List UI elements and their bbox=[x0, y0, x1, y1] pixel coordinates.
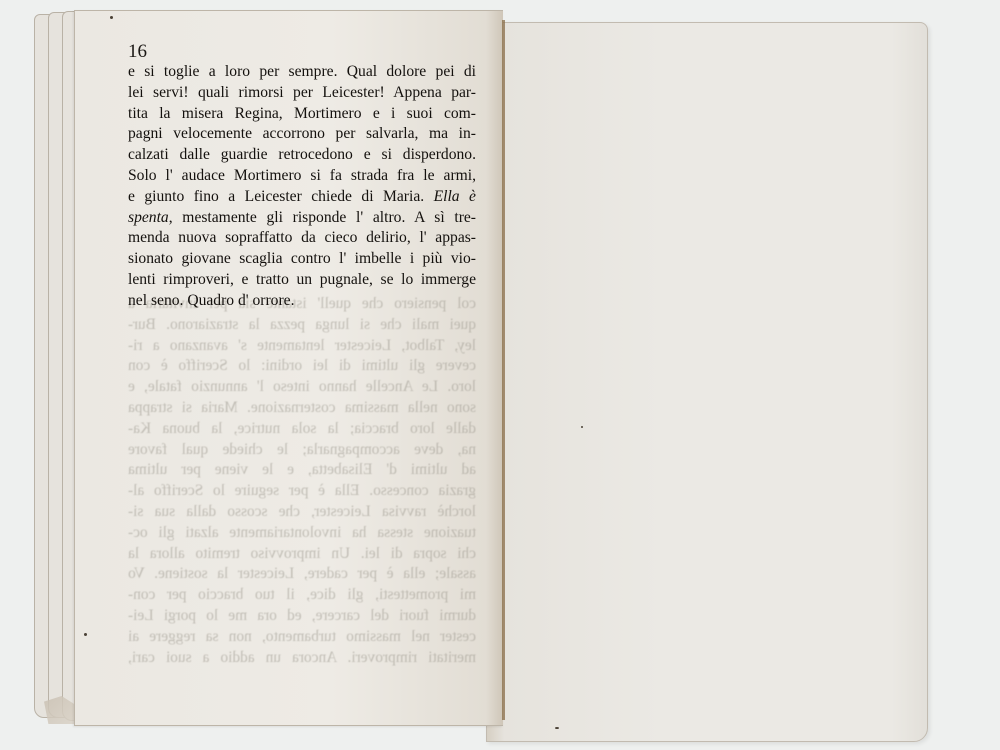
speck bbox=[581, 426, 583, 428]
bleed-line: grazia concesso. Ella è per seguire lo S… bbox=[128, 481, 476, 502]
right-page bbox=[486, 22, 928, 742]
bleed-line: mi promettesti, gli dice, il tuo braccio… bbox=[128, 585, 476, 606]
text-segment: , mestamente gli risponde l' altro. A sì… bbox=[169, 209, 476, 226]
bleed-line: assale; ella è per cadere, Leicester la … bbox=[128, 564, 476, 585]
book-spine bbox=[502, 20, 505, 720]
text-line: sionato giovane scaglia contro l' imbell… bbox=[128, 249, 476, 270]
speck bbox=[555, 727, 559, 729]
bleed-line: na, deve accompagnarla; le chiede qual f… bbox=[128, 440, 476, 461]
text-line: spenta, mestamente gli risponde l' altro… bbox=[128, 208, 476, 229]
bleed-line: tuazione stessa ha involontariamente alz… bbox=[128, 523, 476, 544]
italic-segment: spenta bbox=[128, 209, 169, 226]
bleed-line: ad ultimi d' Elisabetta, e le viene per … bbox=[128, 460, 476, 481]
text-line: lei servi! quali rimorsi per Leicester! … bbox=[128, 83, 476, 104]
bleed-through-text: col pensiero che quell' istante sia per … bbox=[128, 294, 476, 668]
bleed-line: meritati rimproveri. Ancora un addio a s… bbox=[128, 648, 476, 669]
bleed-line: lorchè ravvisa Leicester, che scosso dal… bbox=[128, 502, 476, 523]
bleed-line: durmi fuori del carcere, ed ora me lo po… bbox=[128, 606, 476, 627]
text-line: e giunto fino a Leicester chiede di Mari… bbox=[128, 187, 476, 208]
page-number: 16 bbox=[128, 41, 147, 63]
text-line: lenti rimproveri, e tratto un pugnale, s… bbox=[128, 270, 476, 291]
text-line: tita la misera Regina, Mortimero e i suo… bbox=[128, 104, 476, 125]
italic-segment: Ella è bbox=[434, 188, 476, 205]
speck bbox=[84, 633, 87, 636]
text-line: Solo l' audace Mortimero si fa strada fr… bbox=[128, 166, 476, 187]
bleed-line: cevere gli ultimi di lei ordini: lo Scer… bbox=[128, 356, 476, 377]
text-line: pagni velocemente accorrono per salvarla… bbox=[128, 124, 476, 145]
bleed-line: chi sopra di lei. Un improvviso tremito … bbox=[128, 544, 476, 565]
speck bbox=[110, 16, 113, 19]
text-segment: e giunto fino a Leicester chiede di Mari… bbox=[128, 188, 424, 205]
text-line: menda nuova sopraffatto da cieco delirio… bbox=[128, 228, 476, 249]
body-text: e si toglie a loro per sempre. Qual dolo… bbox=[128, 62, 476, 312]
bleed-line: dalle loro braccia; la sola nutrice, la … bbox=[128, 419, 476, 440]
text-line: nel seno. Quadro d' orrore. bbox=[128, 291, 476, 312]
bleed-line: ley, Talbot, Leicester lentamente s' ava… bbox=[128, 336, 476, 357]
bleed-line: sono nella massima costernazione. Maria … bbox=[128, 398, 476, 419]
bleed-line: quei mali che si lunga pezza la straziar… bbox=[128, 315, 476, 336]
bleed-line: loro. Le Ancelle hanno inteso l' annunzi… bbox=[128, 377, 476, 398]
bleed-line: cester nel massimo turbamento, non sa re… bbox=[128, 627, 476, 648]
text-line: e si toglie a loro per sempre. Qual dolo… bbox=[128, 62, 476, 83]
text-line: calzati dalle guardie retrocedono e si d… bbox=[128, 145, 476, 166]
